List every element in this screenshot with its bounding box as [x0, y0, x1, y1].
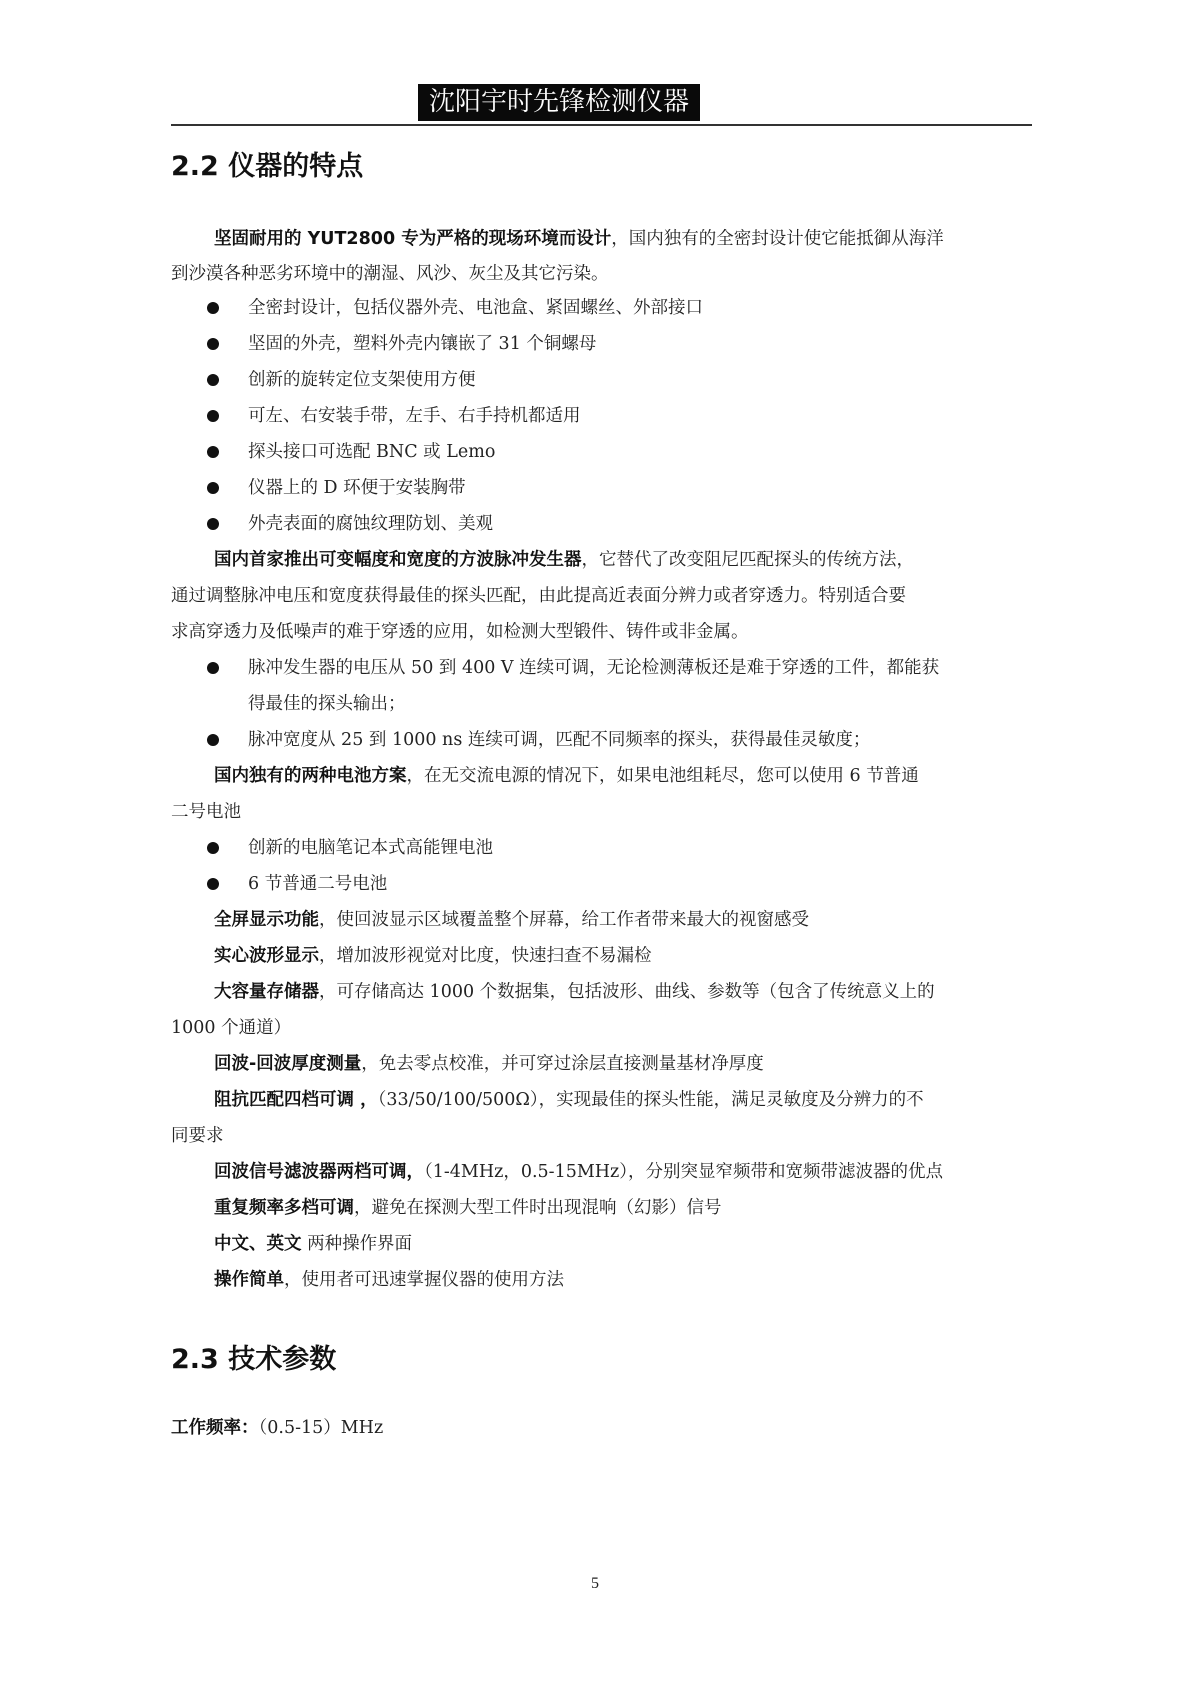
paragraph-battery: 国内独有的两种电池方案，在无交流电源的情况下，如果电池组耗尽，您可以使用 6 节…: [214, 763, 919, 789]
paragraph-text: ，在无交流电源的情况下，如果电池组耗尽，您可以使用 6 节普通: [407, 766, 919, 786]
bold-lead: 国内独有的两种电池方案: [214, 766, 407, 786]
list-item: 脉冲宽度从 25 到 1000 ns 连续可调，匹配不同频率的探头，获得最佳灵敏…: [248, 727, 870, 753]
list-item: 外壳表面的腐蚀纹理防划、美观: [248, 511, 493, 537]
bullet-icon: [207, 842, 219, 854]
list-item-cont: 得最佳的探头输出；: [248, 691, 406, 717]
list-item: 仪器上的 D 环便于安装胸带: [248, 475, 466, 501]
feature-filter: 回波信号滤波器两档可调，（1-4MHz，0.5-15MHz），分别突显窄频带和宽…: [214, 1159, 943, 1185]
paragraph-text: ，它替代了改变阻尼匹配探头的传统方法，: [582, 550, 915, 570]
bold-lead: 坚固耐用的 YUT2800 专为严格的现场环境而设计: [214, 229, 611, 249]
section-title-2-2: 2.2 仪器的特点: [171, 150, 363, 184]
list-item: 坚固的外壳，塑料外壳内镶嵌了 31 个铜螺母: [248, 331, 596, 357]
bullet-icon: [207, 374, 219, 386]
bold-lead: 中文、英文: [214, 1234, 302, 1254]
param-frequency: 工作频率：（0.5-15）MHz: [171, 1415, 383, 1441]
bullet-icon: [207, 878, 219, 890]
feature-echo-thickness: 回波-回波厚度测量，免去零点校准，并可穿过涂层直接测量基材净厚度: [214, 1051, 764, 1077]
company-header: 沈阳宇时先锋检测仪器有限公司: [418, 84, 700, 121]
feature-fullscreen: 全屏显示功能，使回波显示区域覆盖整个屏幕，给工作者带来最大的视窗感受: [214, 907, 809, 933]
bold-lead: 全屏显示功能: [214, 910, 319, 930]
param-label: 工作频率：: [171, 1418, 259, 1438]
paragraph-battery-cont: 二号电池: [171, 799, 241, 825]
bold-lead: 操作简单: [214, 1270, 284, 1290]
section-title-2-3: 2.3 技术参数: [171, 1343, 336, 1377]
bold-lead: 实心波形显示: [214, 946, 319, 966]
list-item: 创新的电脑笔记本式高能锂电池: [248, 835, 493, 861]
paragraph-rugged-cont: 到沙漠各种恶劣环境中的潮湿、风沙、灰尘及其它污染。: [171, 261, 609, 287]
bullet-icon: [207, 482, 219, 494]
document-page: 沈阳宇时先锋检测仪器有限公司 2.2 仪器的特点 坚固耐用的 YUT2800 专…: [0, 0, 1200, 1697]
feature-impedance: 阻抗匹配四档可调 ，（33/50/100/500Ω），实现最佳的探头性能，满足灵…: [214, 1087, 924, 1113]
feature-text: （1-4MHz，0.5-15MHz），分别突显窄频带和宽频带滤波器的优点: [424, 1162, 943, 1182]
bullet-icon: [207, 662, 219, 674]
feature-text: ，免去零点校准，并可穿过涂层直接测量基材净厚度: [361, 1054, 764, 1074]
bold-lead: 阻抗匹配四档可调 ，: [214, 1090, 378, 1110]
list-item: 创新的旋转定位支架使用方便: [248, 367, 476, 393]
feature-text: ，使用者可迅速掌握仪器的使用方法: [284, 1270, 564, 1290]
list-item: 脉冲发生器的电压从 50 到 400 V 连续可调，无论检测薄板还是难于穿透的工…: [248, 655, 939, 681]
feature-storage: 大容量存储器，可存储高达 1000 个数据集，包括波形、曲线、参数等（包含了传统…: [214, 979, 935, 1005]
feature-text: ，增加波形视觉对比度，快速扫查不易漏检: [319, 946, 652, 966]
bold-lead: 大容量存储器: [214, 982, 319, 1002]
param-value: （0.5-15）MHz: [259, 1418, 384, 1438]
header-divider: [171, 124, 1032, 126]
bold-lead: 回波信号滤波器两档可调，: [214, 1162, 424, 1182]
bold-lead: 回波-回波厚度测量: [214, 1054, 361, 1074]
list-item: 全密封设计，包括仪器外壳、电池盒、紧固螺丝、外部接口: [248, 295, 703, 321]
bullet-icon: [207, 518, 219, 530]
list-item: 可左、右安装手带，左手、右手持机都适用: [248, 403, 581, 429]
bullet-icon: [207, 410, 219, 422]
page-number: 5: [591, 1575, 599, 1593]
bold-lead: 国内首家推出可变幅度和宽度的方波脉冲发生器: [214, 550, 582, 570]
paragraph-pulser-cont: 求高穿透力及低噪声的难于穿透的应用，如检测大型锻件、铸件或非金属。: [171, 619, 749, 645]
bullet-icon: [207, 446, 219, 458]
feature-language: 中文、英文 两种操作界面: [214, 1231, 412, 1257]
paragraph-rugged: 坚固耐用的 YUT2800 专为严格的现场环境而设计，国内独有的全密封设计使它能…: [214, 226, 944, 252]
bullet-icon: [207, 302, 219, 314]
feature-prf: 重复频率多档可调，避免在探测大型工件时出现混响（幻影）信号: [214, 1195, 722, 1221]
feature-text: ，避免在探测大型工件时出现混响（幻影）信号: [354, 1198, 722, 1218]
list-item: 6 节普通二号电池: [248, 871, 387, 897]
paragraph-pulser: 国内首家推出可变幅度和宽度的方波脉冲发生器，它替代了改变阻尼匹配探头的传统方法，: [214, 547, 914, 573]
feature-solid-waveform: 实心波形显示，增加波形视觉对比度，快速扫查不易漏检: [214, 943, 652, 969]
feature-impedance-cont: 同要求: [171, 1123, 224, 1149]
feature-storage-cont: 1000 个通道）: [171, 1015, 291, 1041]
paragraph-text: ，国内独有的全密封设计使它能抵御从海洋: [611, 229, 944, 249]
feature-text: ，可存储高达 1000 个数据集，包括波形、曲线、参数等（包含了传统意义上的: [319, 982, 935, 1002]
feature-text: 两种操作界面: [302, 1234, 413, 1254]
feature-text: ，使回波显示区域覆盖整个屏幕，给工作者带来最大的视窗感受: [319, 910, 809, 930]
paragraph-pulser-cont: 通过调整脉冲电压和宽度获得最佳的探头匹配，由此提高近表面分辨力或者穿透力。特别适…: [171, 583, 906, 609]
bullet-icon: [207, 734, 219, 746]
bold-lead: 重复频率多档可调: [214, 1198, 354, 1218]
list-item: 探头接口可选配 BNC 或 Lemo: [248, 439, 495, 465]
feature-text: （33/50/100/500Ω），实现最佳的探头性能，满足灵敏度及分辨力的不: [378, 1090, 924, 1110]
bullet-icon: [207, 338, 219, 350]
feature-easy-operation: 操作简单，使用者可迅速掌握仪器的使用方法: [214, 1267, 564, 1293]
